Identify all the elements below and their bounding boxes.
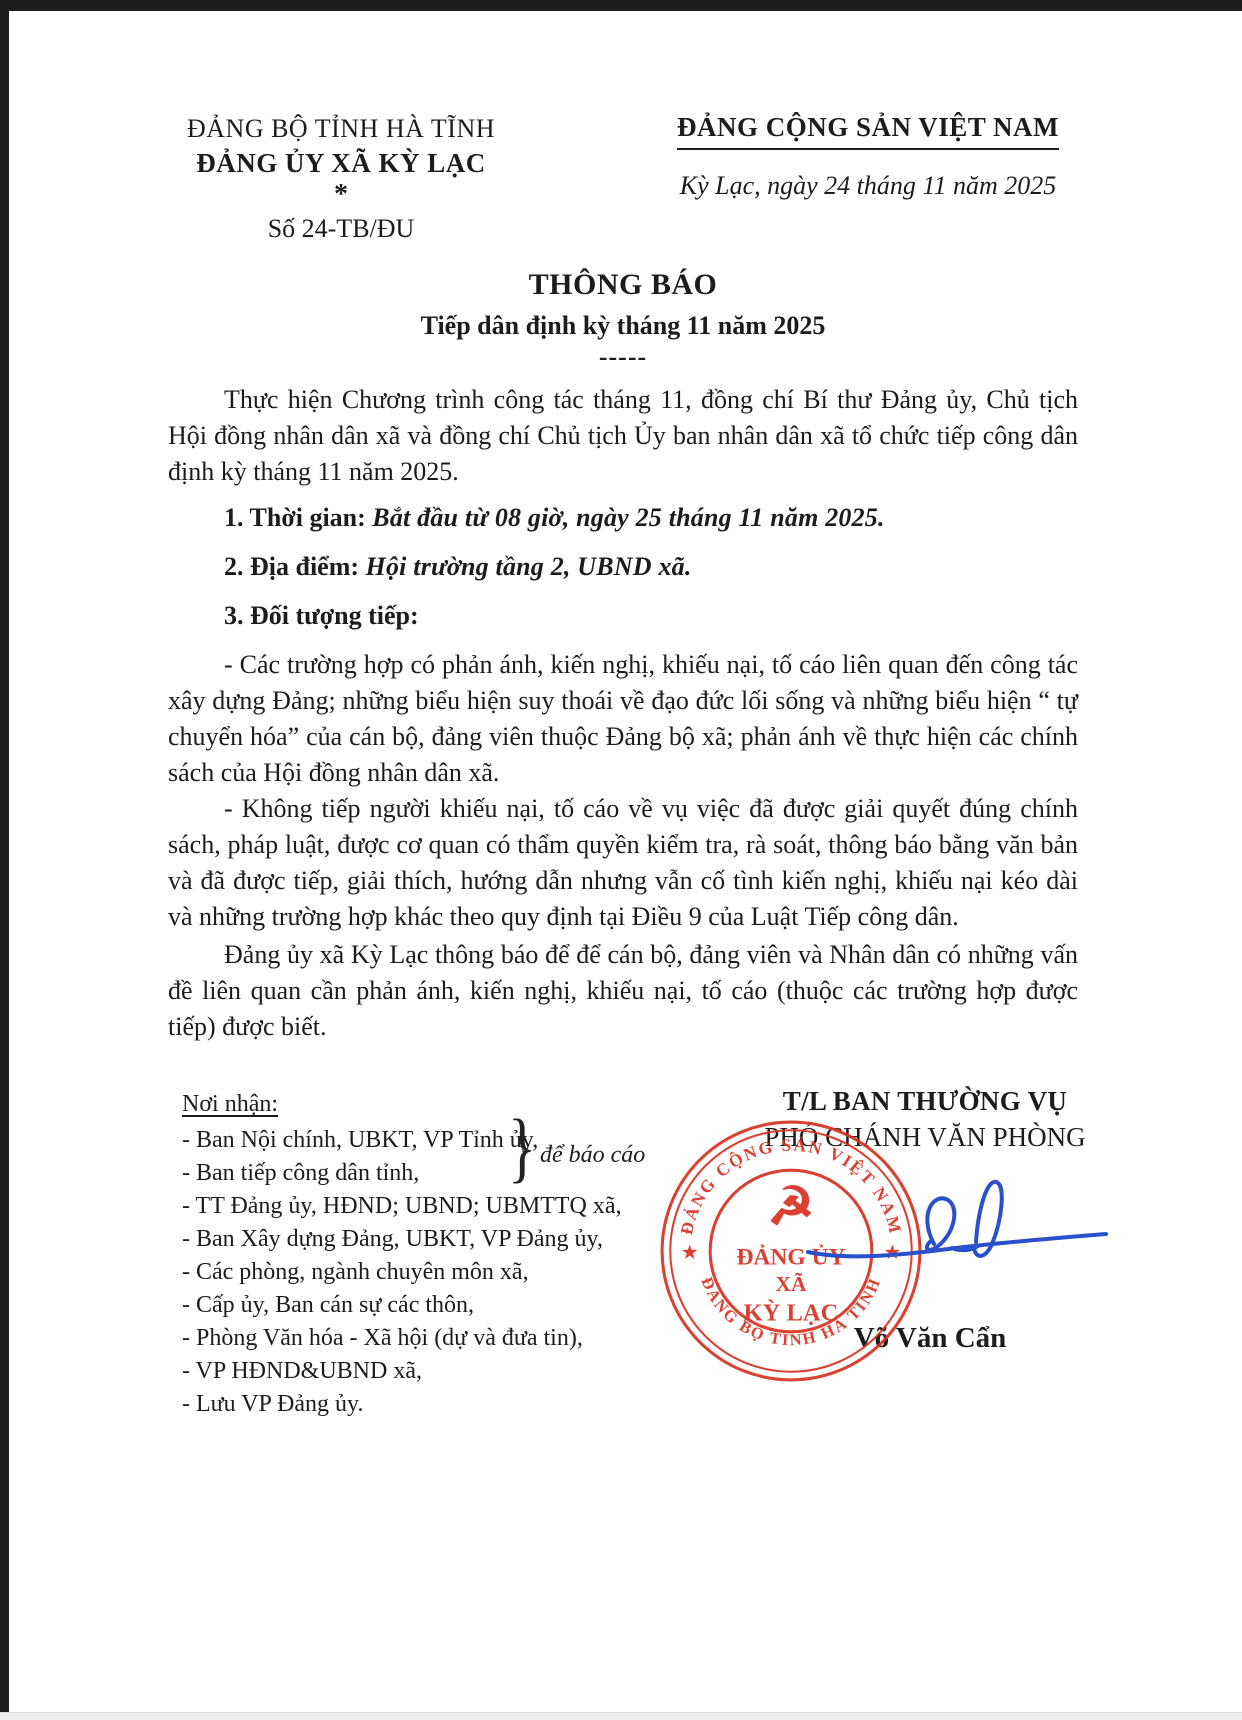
body-text: Thực hiện Chương trình công tác tháng 11…: [168, 382, 1078, 1045]
item-subjects: 3. Đối tượng tiếp:: [168, 598, 1078, 634]
recipient-item: - Cấp ủy, Ban cán sự các thôn,: [182, 1289, 612, 1322]
stamp-center-line3: KỲ LẠC: [744, 1299, 839, 1327]
stamp-center-line2: XÃ: [775, 1272, 807, 1296]
star-icon: ★: [682, 1243, 698, 1262]
recipients-block: Nơi nhận: - Ban Nội chính, UBKT, VP Tỉnh…: [182, 1088, 612, 1421]
issuer-org: ĐẢNG ỦY XÃ KỲ LẠC: [186, 146, 496, 180]
document-subject: Tiếp dân định kỳ tháng 11 năm 2025: [168, 311, 1078, 341]
bottom-border-bar: [0, 1712, 1242, 1720]
paragraph-closing: Đảng ủy xã Kỳ Lạc thông báo để để cán bộ…: [168, 937, 1078, 1045]
title-divider: -----: [168, 347, 1078, 367]
recipients-brace-note: để báo cáo: [540, 1142, 645, 1169]
top-border-bar: [0, 0, 1242, 11]
document-kind: THÔNG BÁO: [168, 268, 1078, 302]
issuer-block: ĐẢNG BỘ TỈNH HÀ TĨNH ĐẢNG ỦY XÃ KỲ LẠC *…: [186, 112, 496, 246]
left-border-bar: [0, 0, 9, 1720]
issuer-star-separator: *: [186, 180, 496, 210]
item-place-label: 2. Địa điểm:: [224, 552, 366, 581]
paragraph-bullet-1: - Các trường hợp có phản ánh, kiến nghị,…: [168, 647, 1078, 791]
title-block: THÔNG BÁO Tiếp dân định kỳ tháng 11 năm …: [168, 268, 1078, 367]
recipient-item: - TT Đảng ủy, HĐND; UBND; UBMTTQ xã,: [182, 1190, 612, 1223]
recipient-item: - VP HĐND&UBND xã,: [182, 1355, 612, 1388]
item-place-value: Hội trường tầng 2, UBND xã.: [366, 552, 692, 581]
recipient-item: - Phòng Văn hóa - Xã hội (dự và đưa tin)…: [182, 1322, 612, 1355]
paragraph-intro: Thực hiện Chương trình công tác tháng 11…: [168, 382, 1078, 490]
document-page: ĐẢNG BỘ TỈNH HÀ TĨNH ĐẢNG ỦY XÃ KỲ LẠC *…: [0, 0, 1242, 1720]
issuer-parent-org: ĐẢNG BỘ TỈNH HÀ TĨNH: [186, 112, 496, 146]
place-dateline: Kỳ Lạc, ngày 24 tháng 11 năm 2025: [648, 171, 1088, 201]
party-motto: ĐẢNG CỘNG SẢN VIỆT NAM: [677, 112, 1059, 150]
recipients-brace: }: [508, 1108, 536, 1186]
item-place: 2. Địa điểm: Hội trường tầng 2, UBND xã.: [168, 549, 1078, 585]
item-time: 1. Thời gian: Bắt đầu từ 08 giờ, ngày 25…: [168, 500, 1078, 536]
recipient-item: - Các phòng, ngành chuyên môn xã,: [182, 1256, 612, 1289]
handwritten-signature: [806, 1168, 1112, 1278]
recipients-heading: Nơi nhận:: [182, 1088, 612, 1121]
document-number: Số 24-TB/ĐU: [186, 212, 496, 246]
national-header-block: ĐẢNG CỘNG SẢN VIỆT NAM Kỳ Lạc, ngày 24 t…: [648, 112, 1088, 201]
paragraph-bullet-2: - Không tiếp người khiếu nại, tố cáo về …: [168, 791, 1078, 935]
item-time-value: Bắt đầu từ 08 giờ, ngày 25 tháng 11 năm …: [372, 503, 884, 532]
signing-authority: T/L BAN THƯỜNG VỤ: [710, 1086, 1140, 1117]
recipient-item: - Ban Xây dựng Đảng, UBKT, VP Đảng ủy,: [182, 1223, 612, 1256]
item-subjects-label: 3. Đối tượng tiếp:: [224, 601, 419, 630]
item-time-label: 1. Thời gian:: [224, 503, 372, 532]
recipient-item: - Lưu VP Đảng ủy.: [182, 1388, 612, 1421]
